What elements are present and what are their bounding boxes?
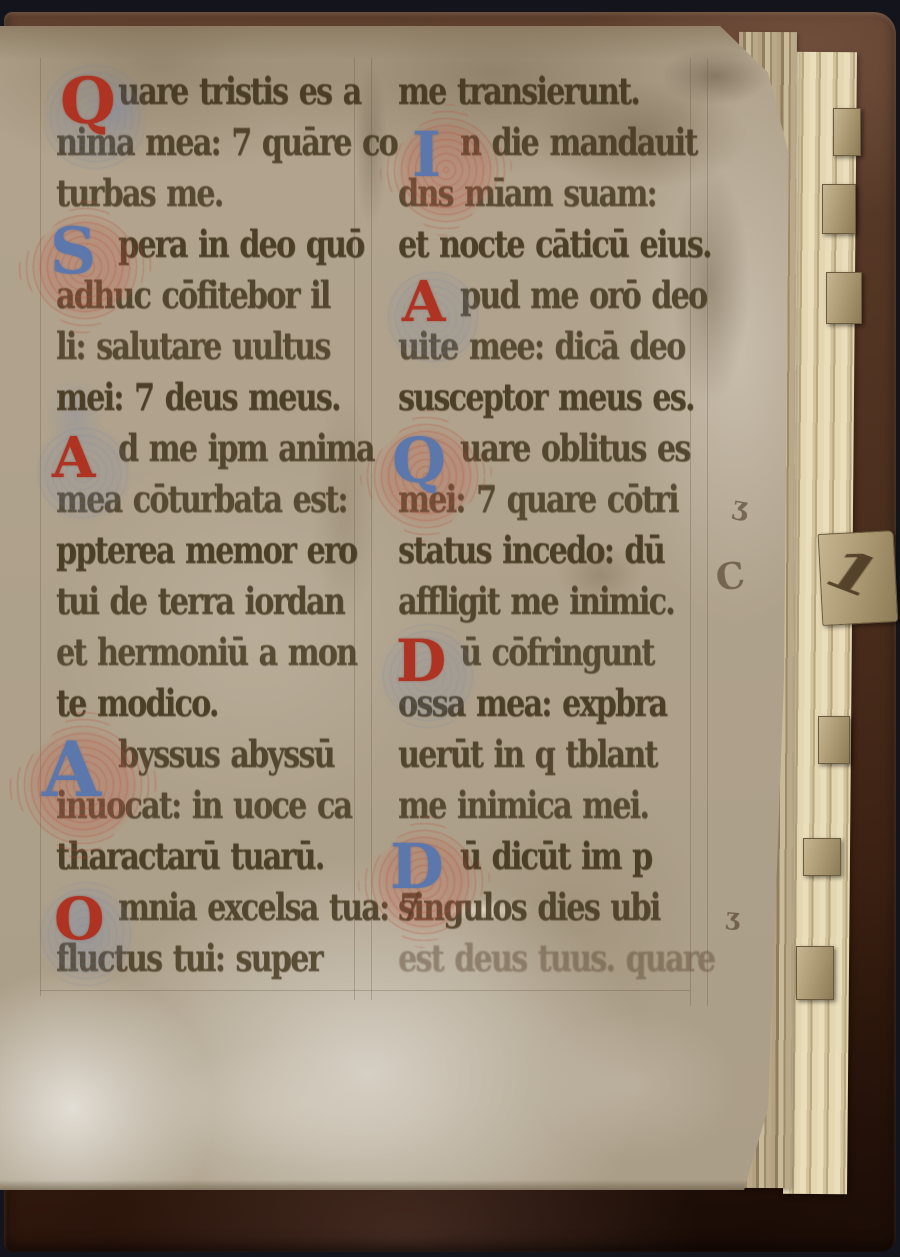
initial-letter: S xyxy=(50,220,96,284)
manuscript-line: et hermoniū a mon xyxy=(56,625,356,680)
margin-mark: C xyxy=(713,554,747,600)
manuscript-line: ū cōfringunt xyxy=(460,625,654,680)
parchment-stain xyxy=(90,1020,520,1190)
manuscript-line: ppterea memor ero xyxy=(56,523,356,578)
fore-edge-tab xyxy=(833,108,861,156)
manuscript-photo: uare tristis es anima mea: 7 quāre cotur… xyxy=(0,0,900,1257)
initial-letter: D xyxy=(396,632,446,690)
fore-edge-tab xyxy=(818,716,850,764)
fore-edge-tab-marked: 1 xyxy=(818,530,899,626)
initial-letter: I xyxy=(412,124,441,186)
ruling-line xyxy=(40,990,690,991)
manuscript-line: uerūt in q tblant xyxy=(398,727,657,782)
manuscript-line: affligit me inimic. xyxy=(398,574,674,629)
parchment-stain xyxy=(490,980,780,1190)
initial-letter: Q xyxy=(60,70,116,134)
manuscript-line: d me ipm anima xyxy=(118,421,374,476)
manuscript-line: li: salutare uultus xyxy=(56,319,330,374)
manuscript-line: pud me orō deo xyxy=(460,268,706,323)
manuscript-line: tui de terra iordan xyxy=(56,574,344,629)
tab-numeral: 1 xyxy=(818,534,888,612)
initial-letter: A xyxy=(402,274,445,330)
manuscript-line: uare tristis es a xyxy=(118,64,360,119)
fore-edge-tab xyxy=(803,838,841,876)
manuscript-line: uare oblitus es xyxy=(460,421,690,476)
manuscript-line: mei: 7 deus meus. xyxy=(56,370,340,425)
ruling-line xyxy=(40,58,41,996)
initial-letter: D xyxy=(390,836,444,898)
initial-letter: A xyxy=(42,732,101,808)
manuscript-line: est deus tuus. quare xyxy=(398,931,714,986)
initial-letter: A xyxy=(52,430,95,486)
initial-letter: O xyxy=(54,890,105,948)
fore-edge-tab xyxy=(796,946,834,1000)
fore-edge-tab xyxy=(822,184,856,234)
manuscript-line: pera in deo quō xyxy=(118,217,364,272)
fore-edge-tab xyxy=(826,272,862,324)
margin-mark: ʒ xyxy=(725,901,741,931)
initial-letter: Q xyxy=(392,430,446,492)
